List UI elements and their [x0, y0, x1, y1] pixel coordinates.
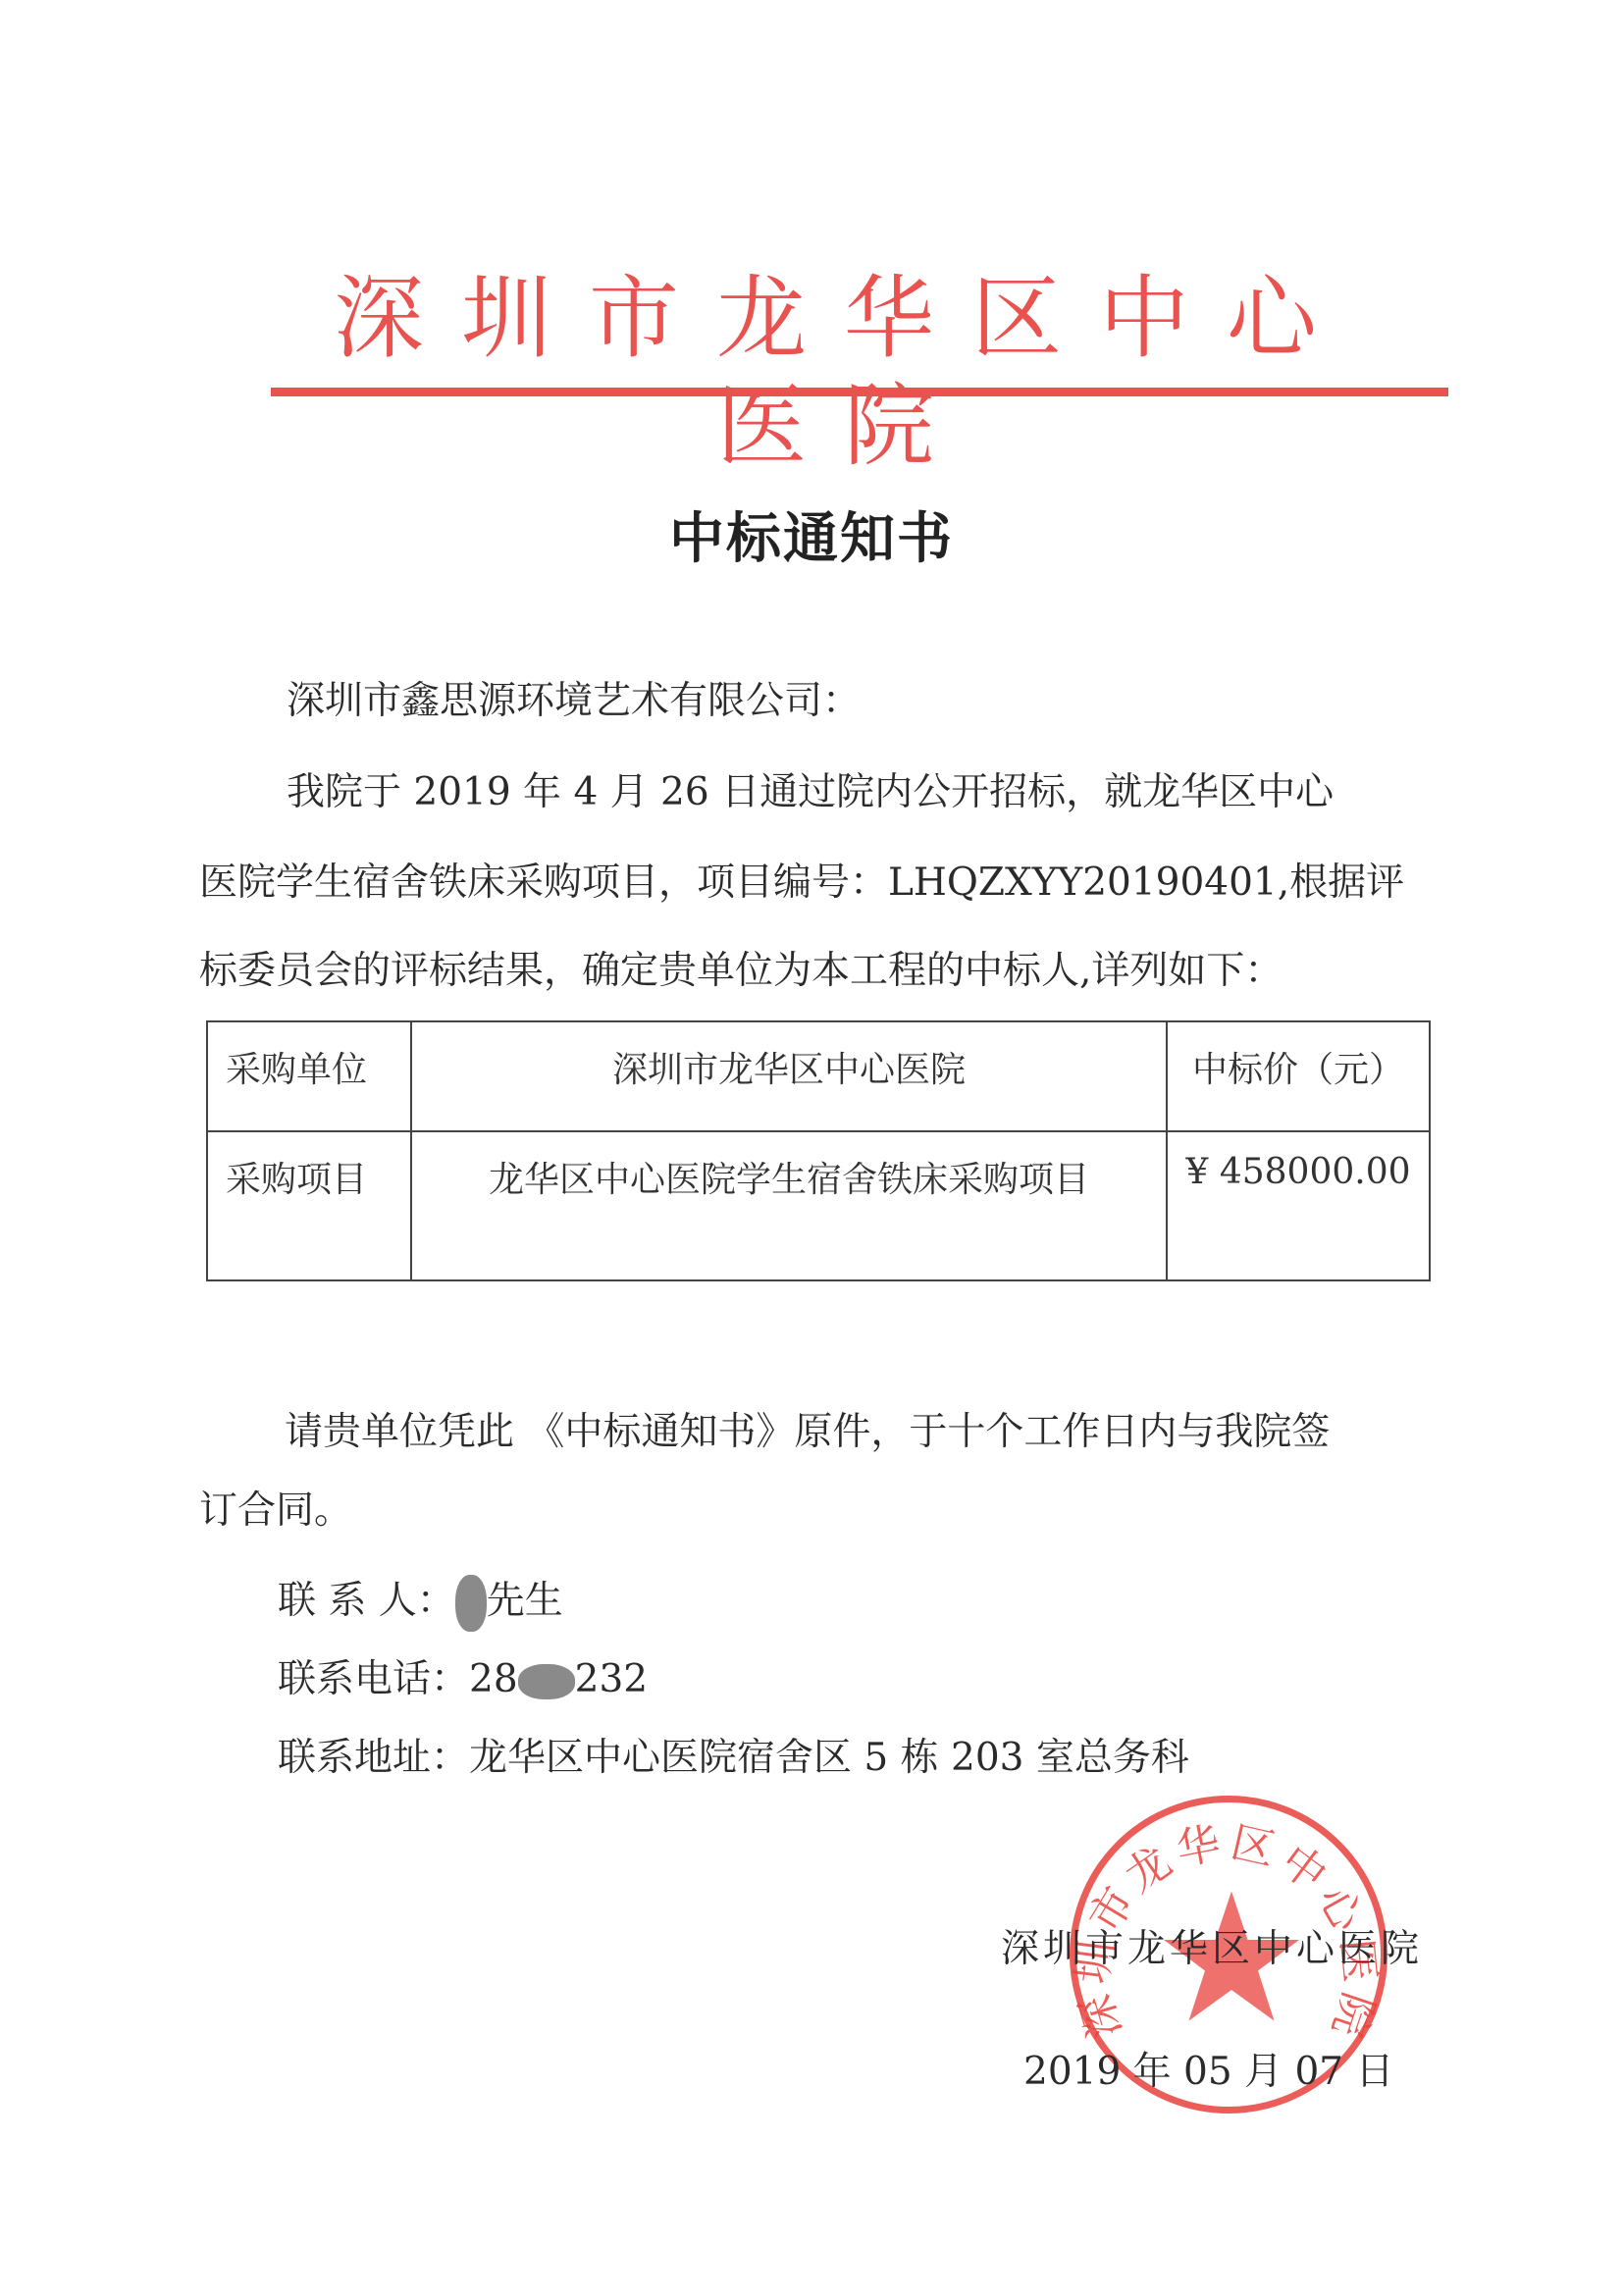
table-row: 采购单位 深圳市龙华区中心医院 中标价（元） [207, 1021, 1430, 1131]
signature-organization: 深圳市龙华区中心医院 [1001, 1918, 1423, 1973]
paragraph2-line1: 请贵单位凭此 《中标通知书》原件，于十个工作日内与我院签 [285, 1413, 1330, 1452]
award-table: 采购单位 深圳市龙华区中心医院 中标价（元） 采购项目 龙华区中心医院学生宿舍铁… [206, 1020, 1431, 1281]
table-cell-label: 采购单位 [207, 1021, 411, 1131]
contact-phone-label: 联系电话： [278, 1657, 469, 1701]
paragraph1-line1: 我院于 2019 年 4 月 26 日通过院内公开招标，就龙华区中心 [287, 773, 1334, 812]
contact-person: 联 系 人：先生 [278, 1575, 563, 1632]
contact-phone-prefix: 28 [469, 1657, 518, 1701]
contact-phone-suffix: 232 [575, 1657, 648, 1701]
contact-person-suffix: 先生 [487, 1579, 563, 1623]
contact-phone: 联系电话：28232 [278, 1660, 648, 1699]
contact-address-label: 联系地址： [278, 1736, 469, 1780]
table-cell-value: 深圳市龙华区中心医院 [411, 1021, 1167, 1131]
document-title: 中标通知书 [0, 496, 1623, 574]
letterhead-title: 深圳市龙华区中心医院 [294, 265, 1393, 481]
table-cell-price: ¥ 458000.00 [1167, 1131, 1430, 1280]
table-row: 采购项目 龙华区中心医院学生宿舍铁床采购项目 ¥ 458000.00 [207, 1131, 1430, 1280]
redacted-name [455, 1575, 487, 1632]
contact-address-value: 龙华区中心医院宿舍区 5 栋 203 室总务科 [469, 1736, 1189, 1780]
contact-address: 联系地址：龙华区中心医院宿舍区 5 栋 203 室总务科 [278, 1739, 1189, 1778]
paragraph1-line2: 医院学生宿舍铁床采购项目，项目编号：LHQZXYY20190401,根据评 [199, 863, 1404, 903]
letterhead-divider [271, 388, 1448, 396]
table-cell-price-header: 中标价（元） [1167, 1021, 1430, 1131]
contact-person-label: 联 系 人： [278, 1579, 455, 1623]
addressee: 深圳市鑫思源环境艺术有限公司： [287, 682, 861, 721]
table-cell-label: 采购项目 [207, 1131, 411, 1280]
paragraph1-line3: 标委员会的评标结果，确定贵单位为本工程的中标人,详列如下： [199, 952, 1283, 991]
paragraph2-line2: 订合同。 [199, 1491, 352, 1531]
redacted-phone [518, 1664, 575, 1699]
signature-date: 2019 年 05 月 07 日 [1023, 2041, 1394, 2096]
table-cell-value: 龙华区中心医院学生宿舍铁床采购项目 [411, 1131, 1167, 1280]
